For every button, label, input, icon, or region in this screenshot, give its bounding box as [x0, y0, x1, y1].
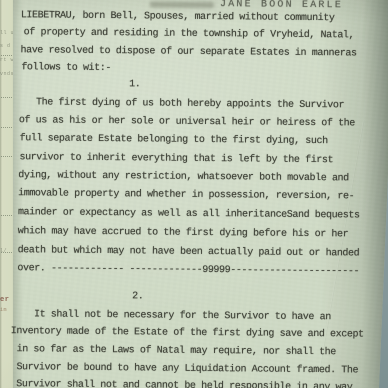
- text-line: which may have accrued to the first dyin…: [18, 226, 349, 240]
- text-line: full separate Estate belonging to the fi…: [20, 133, 328, 147]
- text-line: Inventory made of the Estate of the firs…: [11, 326, 364, 340]
- text-line: death but which may not have been actual…: [18, 245, 360, 259]
- faded-text-smudge: [150, 1, 214, 8]
- text-line: dying, without any restriction, whatsoev…: [18, 170, 349, 184]
- section-2-heading: 2.: [132, 291, 143, 302]
- text-line: The first dying of us both hereby appoin…: [36, 97, 344, 111]
- section-1-heading: 1.: [129, 79, 140, 90]
- text-line: survivor to inherit everything that is l…: [19, 152, 333, 166]
- text-line: in so far as the Laws of Natal may requi…: [17, 344, 336, 358]
- typewritten-text: JANE BOON EARLE LIEBETRAU, born Bell, Sp…: [0, 0, 388, 388]
- text-line: LIEBETRAU, born Bell, Spouses, married w…: [21, 10, 335, 24]
- text-line: over. ------------- -------------99999--…: [17, 263, 359, 277]
- text-line-partial-name: JANE BOON EARLE: [220, 0, 343, 11]
- text-line: mainder or expectancy as well as all inh…: [18, 207, 360, 221]
- text-line: of us as his or her sole or universal he…: [19, 115, 355, 129]
- text-line: It shall not be necessary for the Surviv…: [34, 309, 331, 323]
- text-line: of property and residing in the township…: [24, 27, 355, 41]
- text-line: immovable property and whether in posses…: [18, 188, 354, 202]
- text-line: follows to wit:-: [21, 62, 111, 74]
- text-line: have resolved to dispose of our separate…: [20, 45, 356, 59]
- text-line: Survivor be bound to have any Liquidatio…: [16, 362, 358, 376]
- document-photo: ll u s d rt w vnds l/ er im JANE BOON EA…: [0, 0, 388, 388]
- text-line: Survivor shall not and cannot be held re…: [16, 379, 352, 388]
